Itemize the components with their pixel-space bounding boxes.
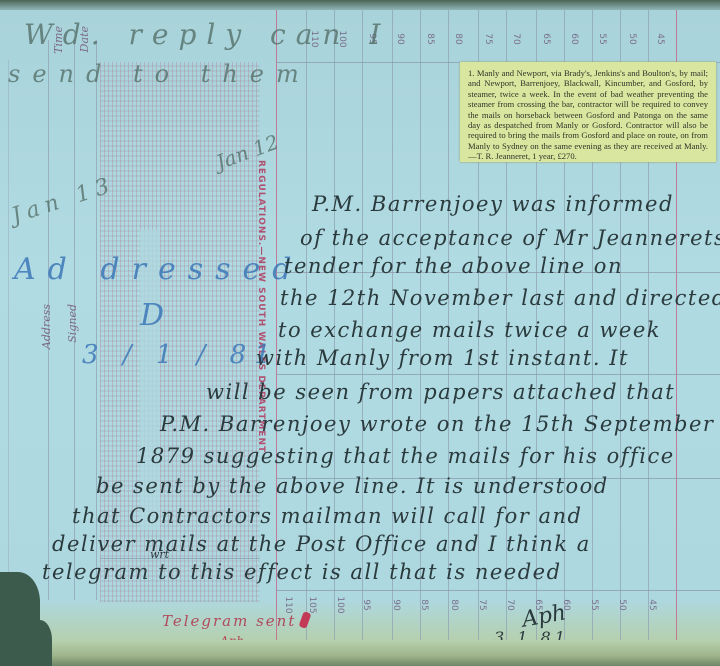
label-address: Address [40, 304, 53, 349]
telegram-sent-note: Telegram sent [162, 612, 296, 630]
scale-tick: 70 [511, 29, 521, 49]
blue-crayon-date: 3 / 1 / 81 [82, 340, 279, 370]
scale-tick: 75 [483, 29, 493, 49]
label-signed: Signed [66, 304, 79, 343]
memo-line-8: P.M. Barrenjoey wrote on the 15th Septem… [160, 412, 714, 436]
memo-line-10: be sent by the above line. It is underst… [96, 474, 609, 498]
scale-tick: 45 [647, 595, 657, 615]
document-sheet: Time Date Address Signed REGULATIONS.—NE… [0, 0, 720, 666]
memo-line-13: telegram to this effect is all that is n… [42, 560, 562, 584]
scale-tick: 65 [541, 29, 551, 49]
memo-line-12: deliver mails at the Post Office and I t… [52, 532, 591, 556]
scale-tick: 60 [569, 29, 579, 49]
scale-tick: 70 [505, 595, 515, 615]
scale-bottom: 110 105 100 95 90 85 80 75 70 65 60 55 5… [280, 600, 700, 622]
memo-line-9: 1879 suggesting that the mails for his o… [136, 444, 675, 468]
scale-tick: 90 [395, 29, 405, 49]
newspaper-clipping: 1. Manly and Newport, via Brady's, Jenki… [460, 62, 716, 162]
pencil-note-line1: Wd. reply can I [24, 18, 390, 51]
scale-tick: 50 [627, 29, 637, 49]
scale-tick: 55 [589, 595, 599, 615]
scale-tick: 90 [391, 595, 401, 615]
form-rule [8, 60, 9, 580]
regulations-title: REGULATIONS.—NEW SOUTH WALES DEPARTMENT [256, 160, 266, 453]
scale-tick: 45 [655, 29, 665, 49]
scale-tick: 55 [597, 29, 607, 49]
memo-line-11: that Contractors mailman will call for a… [72, 504, 582, 528]
scale-tick: 80 [449, 595, 459, 615]
scale-tick: 50 [617, 595, 627, 615]
blue-crayon-d: D [140, 298, 164, 333]
grid-rule [276, 590, 720, 591]
memo-line-4: the 12th November last and directed [280, 286, 720, 310]
scale-tick: 80 [453, 29, 463, 49]
scale-tick: 85 [419, 595, 429, 615]
grid-rule [100, 558, 260, 559]
memo-line-1: P.M. Barrenjoey was informed [312, 192, 674, 216]
memo-line-5: to exchange mails twice a week [278, 318, 661, 342]
scan-top-edge [0, 0, 720, 10]
grid-rule [276, 374, 720, 375]
scale-tick: 95 [361, 595, 371, 615]
memo-line-7: will be seen from papers attached that [206, 380, 675, 404]
memo-line-3: tender for the above line on [284, 254, 623, 278]
paper-bottom-edge [40, 640, 720, 666]
memo-line-2: of the acceptance of Mr Jeannerets [300, 226, 720, 250]
torn-corner [30, 620, 52, 666]
scale-tick: 100 [335, 595, 345, 615]
blue-crayon-addressed: Ad dressed [14, 252, 303, 287]
memo-insertion: wrt [150, 548, 169, 561]
scale-tick: 75 [477, 595, 487, 615]
pencil-note-line2: send to them [8, 60, 311, 88]
memo-line-6: with Manly from 1st instant. It [256, 346, 629, 370]
scale-tick: 85 [425, 29, 435, 49]
clipping-text: 1. Manly and Newport, via Brady's, Jenki… [468, 68, 708, 162]
